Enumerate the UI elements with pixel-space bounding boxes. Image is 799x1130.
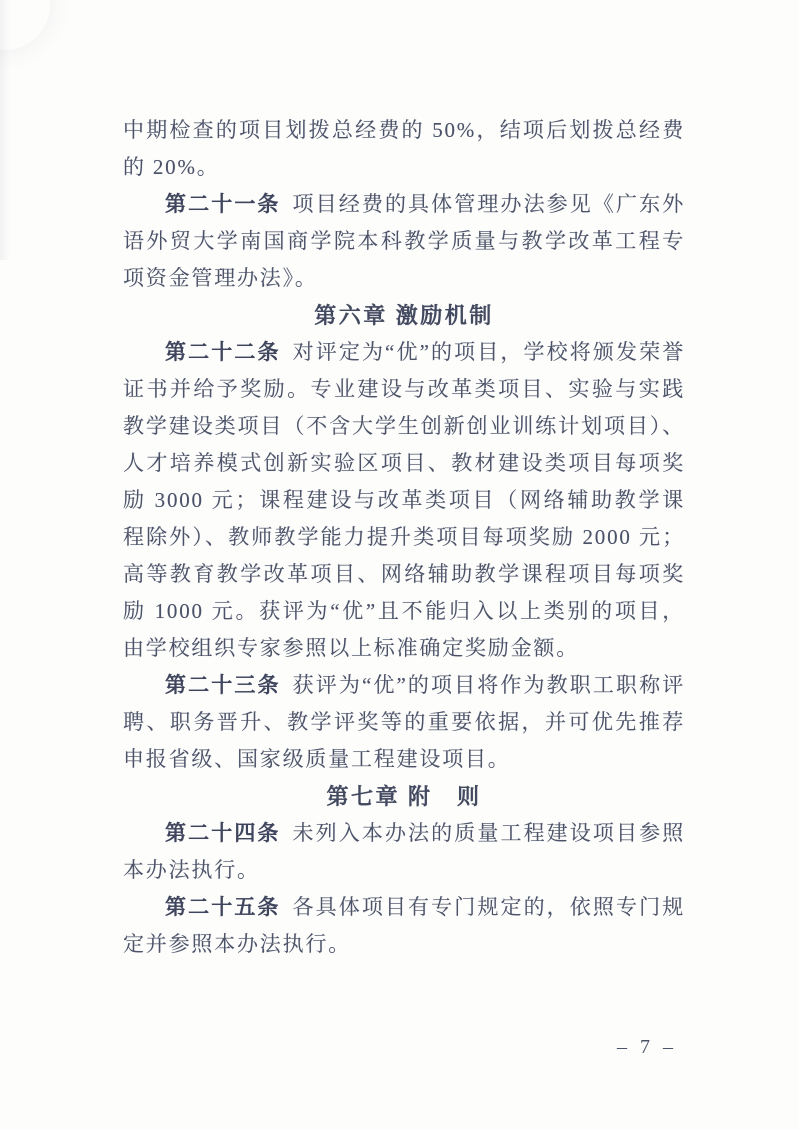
document-page: 中期检查的项目划拨总经费的 50%，结项后划拨总经费的 20%。 第二十一条项目… (0, 0, 799, 1130)
scan-corner-artifact (0, 0, 50, 50)
article-paragraph: 第二十五条各具体项目有专门规定的，依照专门规定并参照本办法执行。 (123, 889, 685, 963)
article-paragraph: 第二十一条项目经费的具体管理办法参见《广东外语外贸大学南国商学院本科教学质量与教… (123, 186, 685, 297)
article-paragraph: 第二十二条对评定为“优”的项目，学校将颁发荣誉证书并给予奖励。专业建设与改革类项… (123, 334, 685, 667)
article-number: 第二十一条 (165, 192, 281, 216)
article-number: 第二十四条 (165, 821, 281, 845)
article-paragraph: 第二十三条获评为“优”的项目将作为教职工职称评聘、职务晋升、教学评奖等的重要依据… (123, 667, 685, 778)
page-number: – 7 – (617, 1036, 677, 1059)
article-paragraph: 第二十四条未列入本办法的质量工程建设项目参照本办法执行。 (123, 815, 685, 889)
chapter-heading: 第七章 附 则 (123, 778, 685, 815)
article-number: 第二十五条 (165, 895, 281, 919)
article-text: 对评定为“优”的项目，学校将颁发荣誉证书并给予奖励。专业建设与改革类项目、实验与… (123, 340, 685, 660)
chapter-heading: 第六章 激励机制 (123, 297, 685, 334)
paragraph-continued: 中期检查的项目划拨总经费的 50%，结项后划拨总经费的 20%。 (123, 112, 685, 186)
article-number: 第二十三条 (165, 673, 281, 697)
article-number: 第二十二条 (165, 340, 281, 364)
scan-edge-artifact (0, 0, 10, 260)
document-body: 中期检查的项目划拨总经费的 50%，结项后划拨总经费的 20%。 第二十一条项目… (123, 112, 685, 963)
